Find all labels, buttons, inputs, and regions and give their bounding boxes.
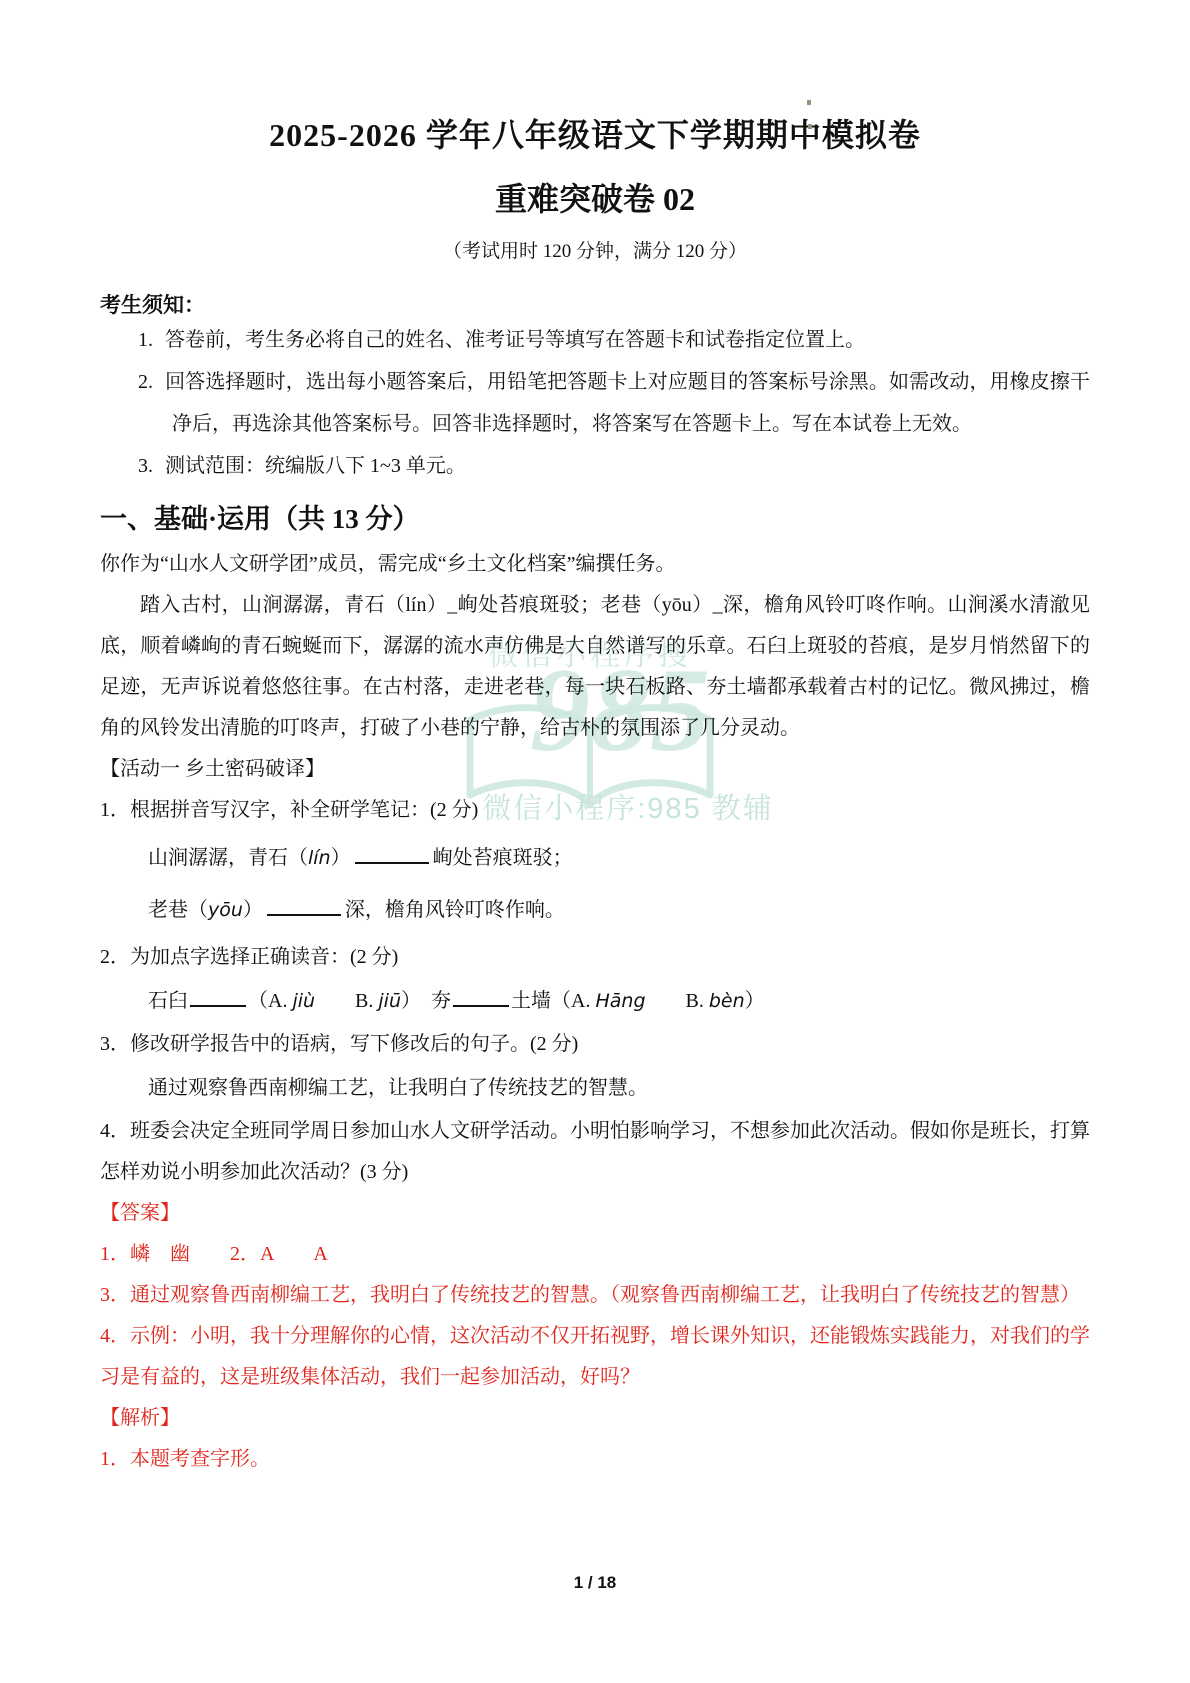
notice-item-number: 3.: [138, 455, 153, 477]
reading-passage: 踏入古村，山涧潺潺，青石（lín）_峋处苔痕斑驳；老巷（yōu）_深，檐角风铃叮…: [100, 585, 1090, 749]
q2-close-2: ）: [745, 990, 765, 1012]
question-1-blank-line-1: 山涧潺潺，青石（lín）峋处苔痕斑驳；: [148, 835, 1090, 881]
notice-item-text: 回答选择题时，选出每小题答案后，用铅笔把答题卡上对应题目的答案标号涂黑。如需改动…: [165, 371, 1090, 435]
section-1-heading: 一、基础·运用（共 13 分）: [100, 497, 1090, 536]
question-3-stem: 3．修改研学报告中的语病，写下修改后的句子。(2 分): [100, 1024, 1090, 1065]
notice-item-text: 测试范围：统编版八下 1~3 单元。: [165, 455, 466, 477]
scan-artifact-dot: [807, 100, 811, 105]
exam-paper-page: 微信小程序搜 985 微信小程序:985 教辅 2025-2026 学年八年级语…: [0, 0, 1190, 1683]
page-number: 1 / 18: [0, 1573, 1190, 1593]
answer-blank: [267, 894, 341, 916]
pinyin-jiu1: jiū: [378, 990, 401, 1012]
q2-open-1: （A.: [248, 990, 292, 1012]
answer-line-1: 1．嶙 幽 2．A A: [100, 1234, 1090, 1275]
pinyin-ben: bèn: [709, 990, 745, 1012]
question-3-sentence: 通过观察鲁西南柳编工艺，让我明白了传统技艺的智慧。: [148, 1065, 1090, 1111]
q1-line1-pre: 山涧潺潺，青石（: [148, 847, 308, 869]
question-2-options-line: 石臼（A. jiù B. jiū） 夯土墙（A. Hāng B. bèn）: [148, 978, 1090, 1024]
q2-tail-2: 土墙: [511, 990, 551, 1012]
q2-close-1: ）: [401, 990, 431, 1012]
answer-blank: [190, 985, 246, 1007]
q2-word-hang: 夯: [431, 990, 451, 1012]
pinyin-jiu4: jiù: [292, 990, 315, 1012]
question-2-stem: 2．为加点字选择正确读音：(2 分): [100, 937, 1090, 978]
q1-line2-post: 深，檐角风铃叮咚作响。: [345, 899, 565, 921]
notice-list: 1.答卷前，考生务必将自己的姓名、准考证号等填写在答题卡和试卷指定位置上。 2.…: [100, 319, 1090, 487]
q2-sep-1: B.: [315, 990, 378, 1012]
exam-duration-note: （考试用时 120 分钟，满分 120 分）: [100, 236, 1090, 263]
notice-item-2: 2.回答选择题时，选出每小题答案后，用铅笔把答题卡上对应题目的答案标号涂黑。如需…: [100, 361, 1090, 445]
analysis-heading: 【解析】: [100, 1398, 1090, 1439]
answers-heading: 【答案】: [100, 1193, 1090, 1234]
section-intro: 你作为“山水人文研学团”成员，需完成“乡土文化档案”编撰任务。: [100, 544, 1090, 585]
pinyin-hang: Hāng: [595, 990, 645, 1012]
notice-heading: 考生须知：: [100, 289, 1090, 319]
q1-line2-pre: 老巷（: [148, 899, 208, 921]
answer-line-4: 4．示例：小明，我十分理解你的心情，这次活动不仅开拓视野，增长课外知识，还能锻炼…: [100, 1316, 1090, 1398]
scan-artifact-dot: [808, 124, 812, 129]
notice-item-number: 2.: [138, 371, 153, 393]
notice-item-number: 1.: [138, 329, 153, 351]
question-4-stem: 4．班委会决定全班同学周日参加山水人文研学活动。小明怕影响学习，不想参加此次活动…: [100, 1111, 1090, 1193]
answer-blank: [453, 985, 509, 1007]
q1-line1-paren: ）: [331, 847, 351, 869]
q1-line2-paren: ）: [243, 899, 263, 921]
question-1-blank-line-2: 老巷（yōu）深，檐角风铃叮咚作响。: [148, 887, 1090, 933]
q2-open-2: （A.: [551, 990, 595, 1012]
page-subtitle: 重难突破卷 02: [100, 174, 1090, 220]
page-title: 2025-2026 学年八年级语文下学期期中模拟卷: [100, 110, 1090, 156]
notice-item-3: 3.测试范围：统编版八下 1~3 单元。: [100, 445, 1090, 487]
analysis-line-1: 1．本题考查字形。: [100, 1439, 1090, 1480]
answer-line-3: 3．通过观察鲁西南柳编工艺，我明白了传统技艺的智慧。（观察鲁西南柳编工艺，让我明…: [100, 1275, 1090, 1316]
pinyin-lin: lín: [308, 847, 331, 869]
activity-1-heading: 【活动一 乡土密码破译】: [100, 749, 1090, 790]
notice-item-text: 答卷前，考生务必将自己的姓名、准考证号等填写在答题卡和试卷指定位置上。: [165, 329, 865, 351]
answer-blank: [355, 842, 429, 864]
q1-line1-post: 峋处苔痕斑驳；: [433, 847, 573, 869]
notice-item-1: 1.答卷前，考生务必将自己的姓名、准考证号等填写在答题卡和试卷指定位置上。: [100, 319, 1090, 361]
q2-sep-2: B.: [646, 990, 709, 1012]
q2-word-shijiu: 石臼: [148, 990, 188, 1012]
pinyin-you: yōu: [208, 899, 243, 921]
question-1-stem: 1．根据拼音写汉字，补全研学笔记：(2 分): [100, 790, 1090, 831]
